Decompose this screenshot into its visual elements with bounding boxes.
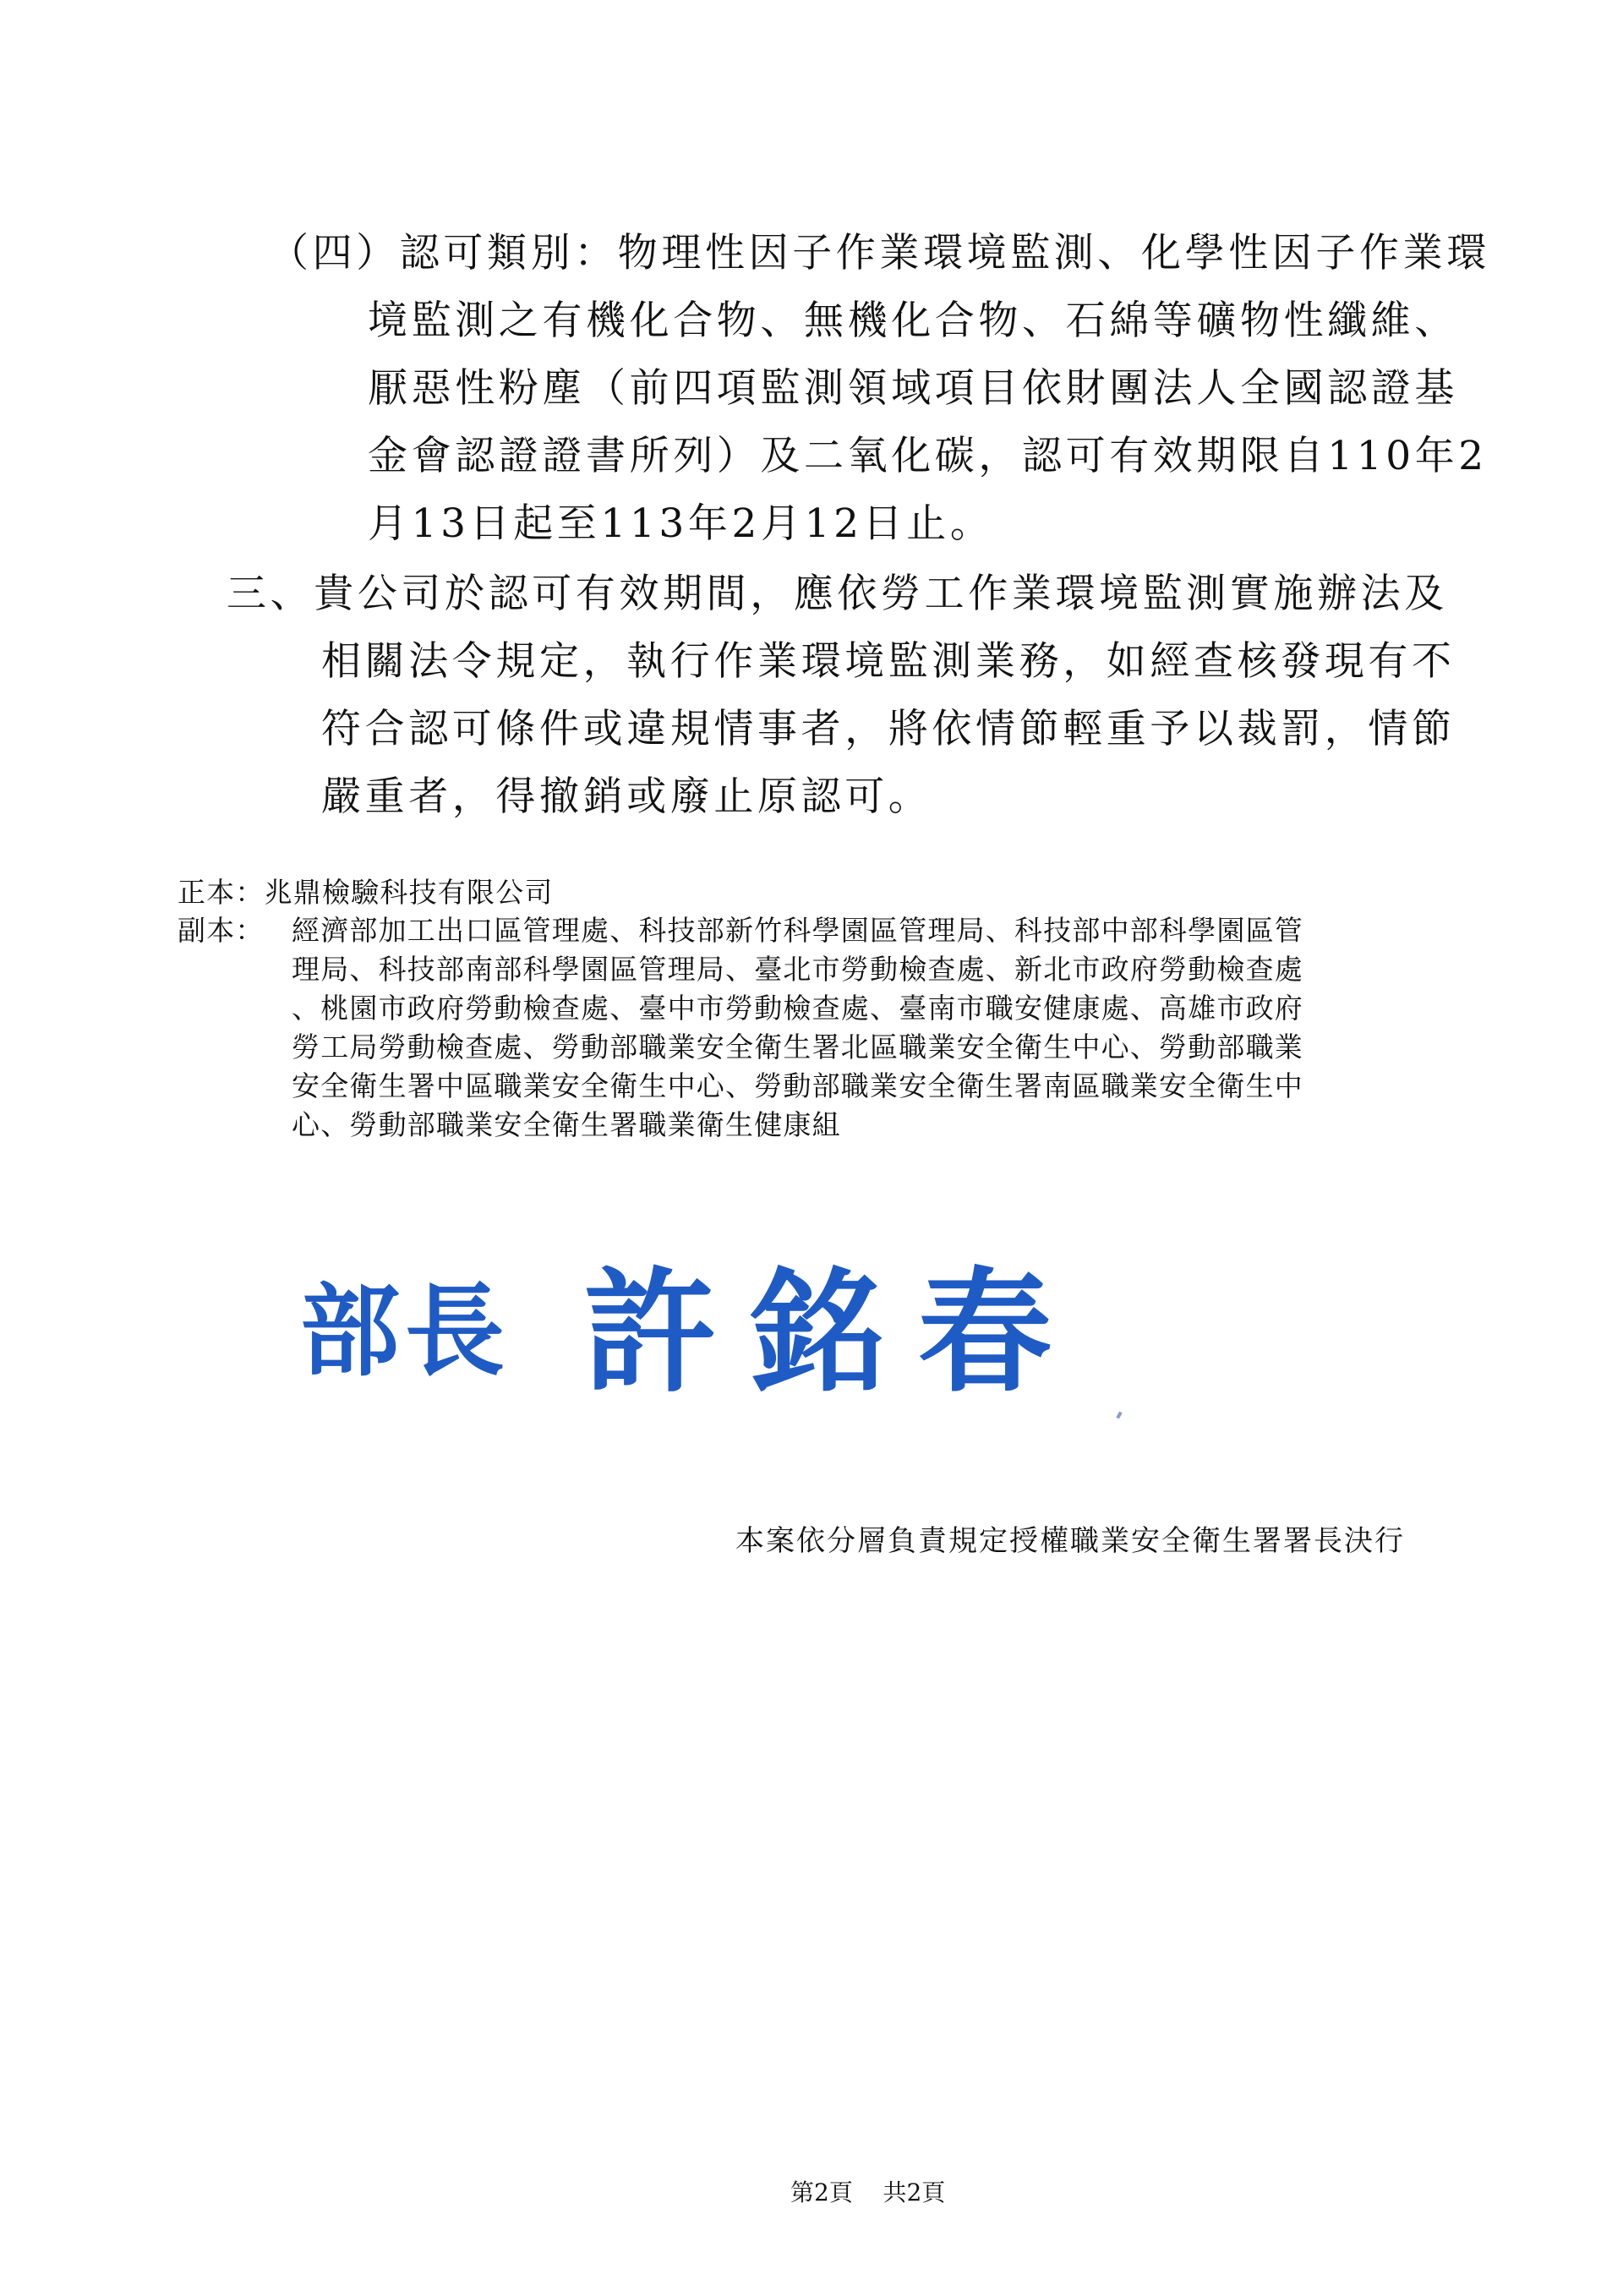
item-4-line-2: 境監測之有機化合物、無機化合物、石綿等礦物性纖維、 [368, 289, 1458, 346]
page-footer: 第2頁 共2頁 [790, 2174, 945, 2208]
copy-label: 副本： [178, 909, 265, 948]
ink-speck [1116, 1412, 1122, 1419]
copy-line-5: 安全衛生署中區職業安全衛生中心、勞動部職業安全衛生署南區職業安全衛生中 [292, 1064, 1303, 1104]
item-3-line-3: 符合認可條件或違規情事者，將依情節輕重予以裁罰，情節 [321, 697, 1456, 754]
item-4-line-3: 厭惡性粉塵（前四項監測領域項目依財團法人全國認證基 [368, 357, 1458, 413]
signature-name: 許銘春 [583, 1226, 1085, 1418]
copy-line-3: 、桃園市政府勞動檢查處、臺中市勞動檢查處、臺南市職安健康處、高雄市政府 [292, 987, 1303, 1026]
delegation-note: 本案依分層負責規定授權職業安全衛生署署長決行 [735, 1517, 1405, 1559]
original-recipient: 兆鼎檢驗科技有限公司 [265, 876, 554, 909]
copy-line-2: 理局、科技部南部科學園區管理局、臺北市勞動檢查處、新北市政府勞動檢查處 [292, 948, 1303, 987]
page-total: 共2頁 [883, 2178, 945, 2206]
original-recipient-row: 正本：兆鼎檢驗科技有限公司 [178, 871, 554, 910]
item-4-line-4: 金會認證證書所列）及二氧化碳，認可有效期限自110年2 [368, 424, 1488, 481]
copy-line-6: 心、勞動部職業安全衛生署職業衛生健康組 [292, 1103, 841, 1143]
original-label: 正本： [178, 876, 265, 909]
item-4-line-5: 月13日起至113年2月12日止。 [368, 492, 993, 549]
item-3-line-4: 嚴重者，得撤銷或廢止原認可。 [321, 765, 932, 822]
item-4-line-1: （四）認可類別：物理性因子作業環境監測、化學性因子作業環 [269, 221, 1490, 278]
signature-title: 部長 [300, 1251, 510, 1395]
copy-line-1: 經濟部加工出口區管理處、科技部新竹科學園區管理局、科技部中部科學園區管 [292, 909, 1303, 948]
copy-line-4: 勞工局勞動檢查處、勞動部職業安全衛生署北區職業安全衛生中心、勞動部職業 [292, 1025, 1303, 1065]
page-number: 第2頁 [790, 2178, 853, 2206]
item-3-line-2: 相關法令規定，執行作業環境監測業務，如經查核發現有不 [321, 630, 1456, 686]
item-3-line-1: 三、貴公司於認可有效期間，應依勞工作業環境監測實施辦法及 [227, 562, 1448, 619]
